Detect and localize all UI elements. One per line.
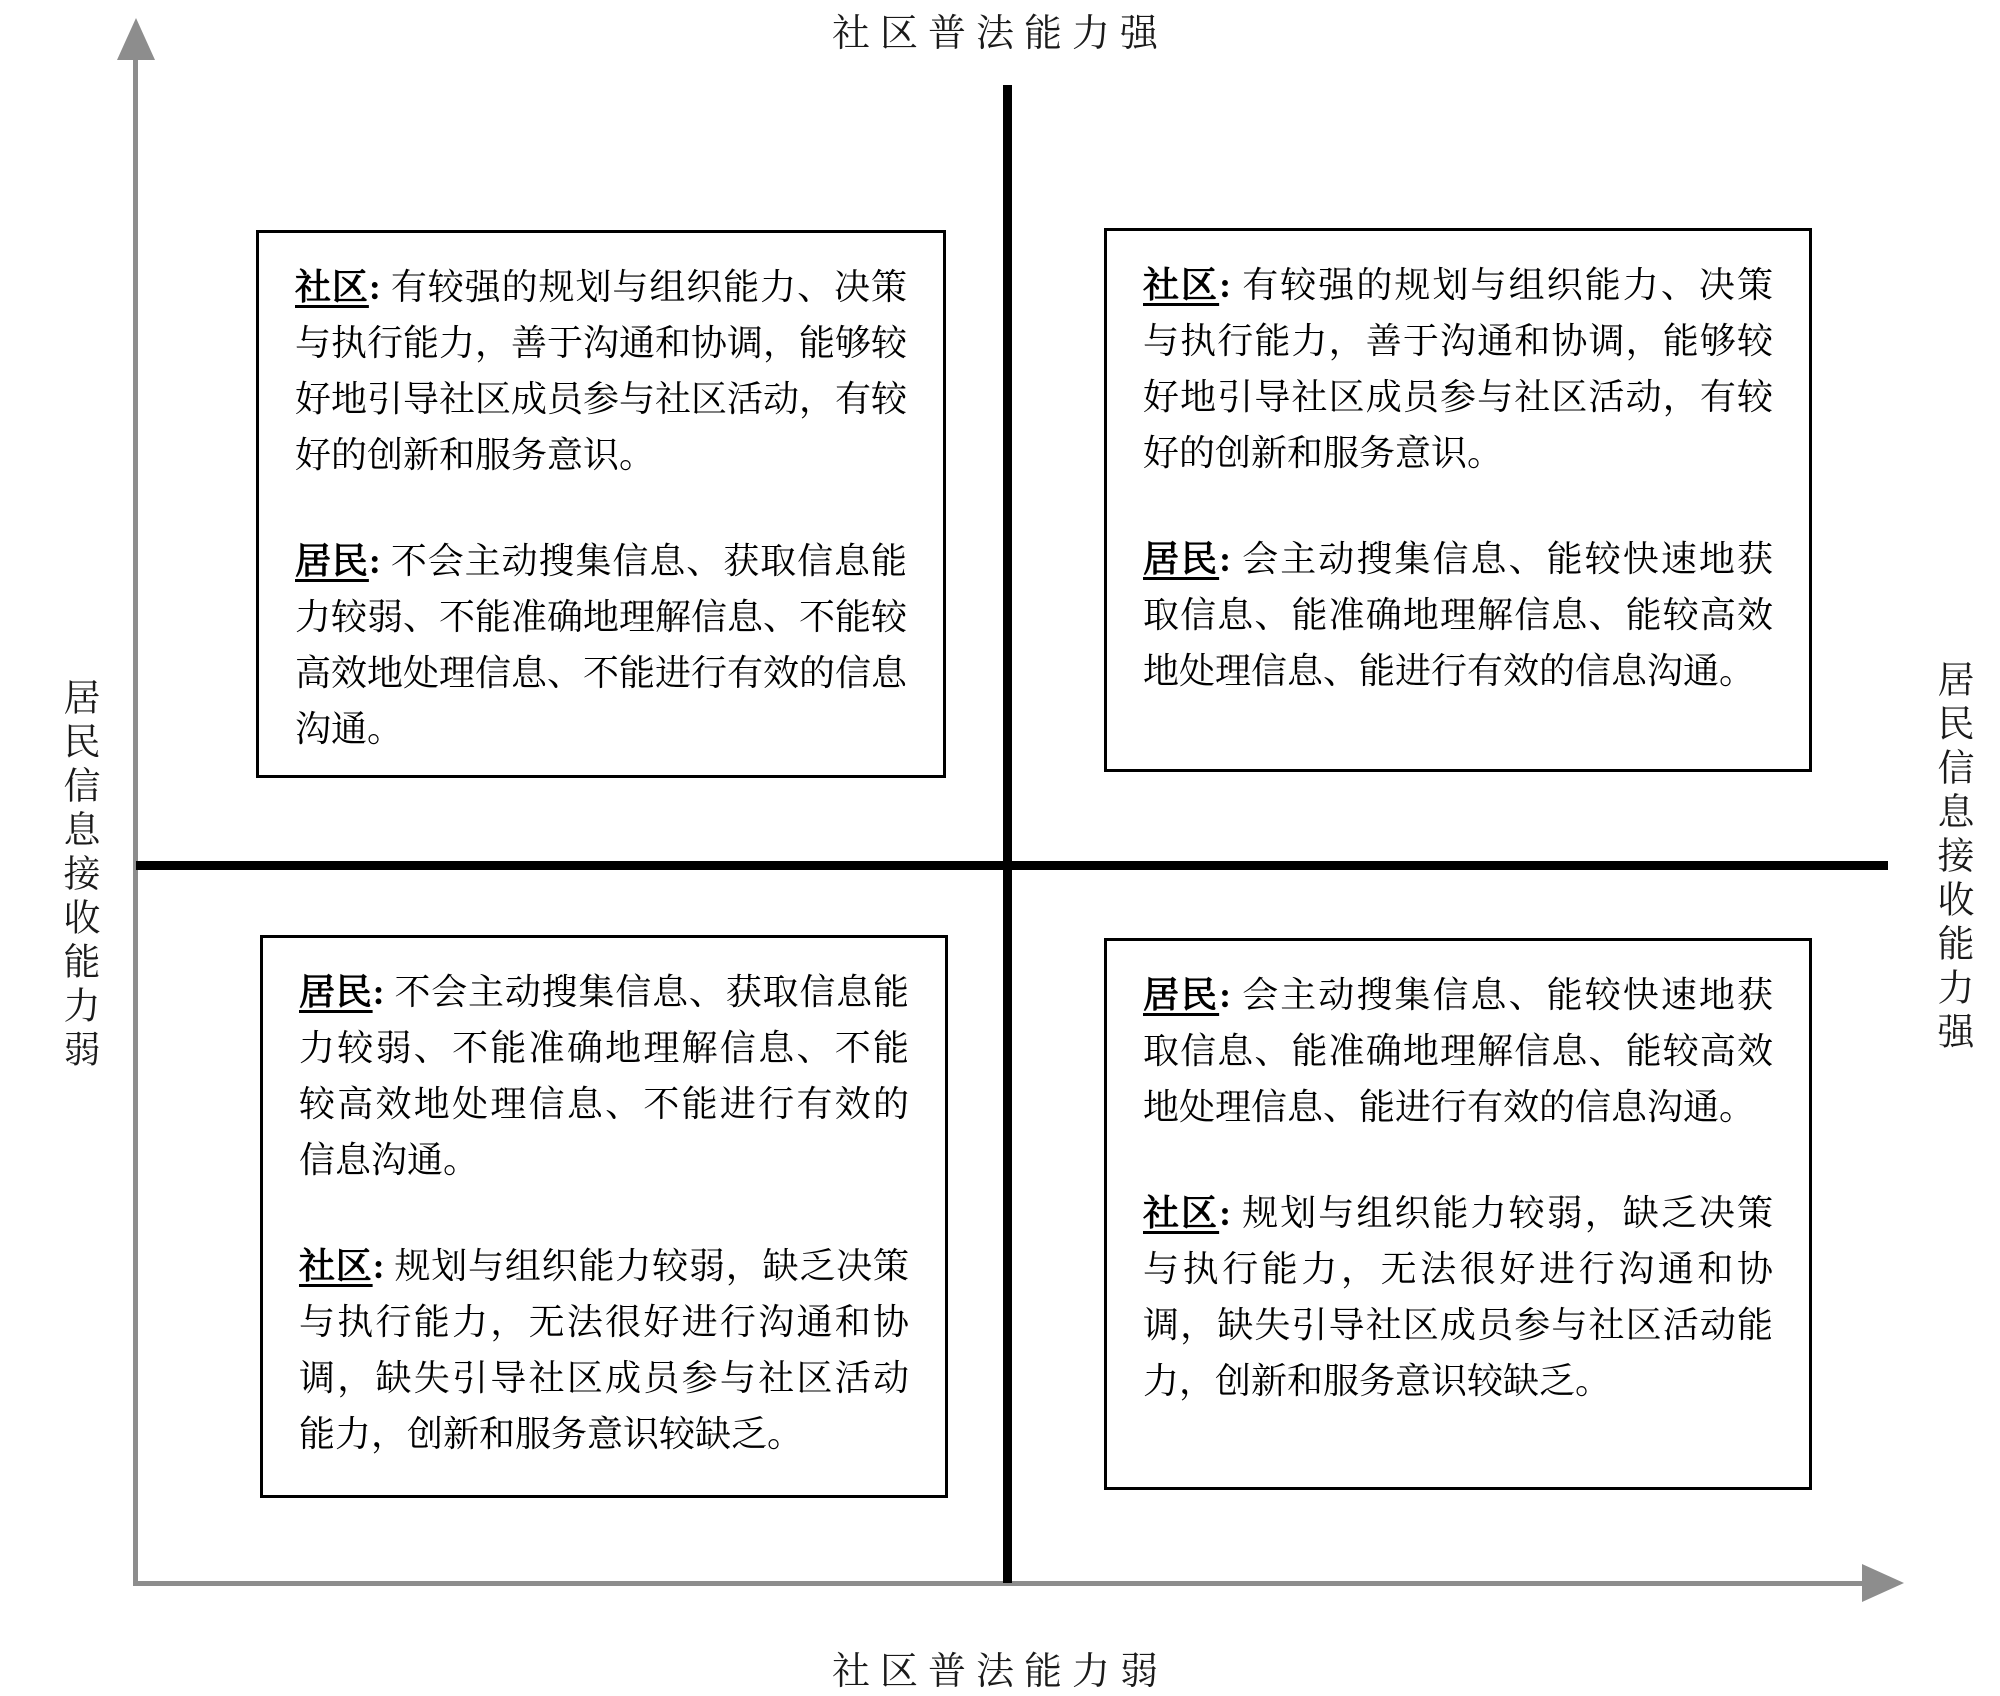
quadrant-top-right-box: 社区: 有较强的规划与组织能力、决策与执行能力，善于沟通和协调，能够较好地引导社… bbox=[1104, 228, 1812, 772]
paragraph-colon: : bbox=[373, 1246, 395, 1286]
paragraph-label: 居民 bbox=[295, 541, 369, 581]
paragraph-label: 居民 bbox=[299, 972, 373, 1012]
paragraph-community: 社区: 有较强的规划与组织能力、决策与执行能力，善于沟通和协调，能够较好地引导社… bbox=[1143, 257, 1773, 481]
paragraph-colon: : bbox=[369, 541, 391, 581]
axis-label-bottom: 社区普法能力弱 bbox=[0, 1640, 2000, 1695]
paragraph-community: 社区: 规划与组织能力较弱，缺乏决策与执行能力，无法很好进行沟通和协调，缺失引导… bbox=[1143, 1185, 1773, 1409]
axis-label-left: 居民信息接收能力弱 bbox=[50, 678, 104, 1074]
paragraph-colon: : bbox=[369, 267, 391, 307]
vertical-divider-line bbox=[1003, 85, 1012, 1583]
paragraph-colon: : bbox=[1219, 1193, 1242, 1233]
quadrant-bottom-right-box: 居民: 会主动搜集信息、能较快速地获取信息、能准确地理解信息、能较高效地处理信息… bbox=[1104, 938, 1812, 1490]
paragraph-label: 社区 bbox=[1143, 265, 1219, 305]
quadrant-bottom-left-box: 居民: 不会主动搜集信息、获取信息能力较弱、不能准确地理解信息、不能较高效地处理… bbox=[260, 935, 948, 1498]
paragraph-label: 社区 bbox=[1143, 1193, 1219, 1233]
paragraph-label: 社区 bbox=[295, 267, 369, 307]
paragraph-residents: 居民: 会主动搜集信息、能较快速地获取信息、能准确地理解信息、能较高效地处理信息… bbox=[1143, 967, 1773, 1135]
paragraph-colon: : bbox=[1219, 265, 1242, 305]
axis-label-top: 社区普法能力强 bbox=[0, 2, 2000, 57]
quadrant-diagram: 社区普法能力强 社区普法能力弱 居民信息接收能力弱 居民信息接收能力强 社区: … bbox=[0, 0, 2000, 1696]
paragraph-residents: 居民: 不会主动搜集信息、获取信息能力较弱、不能准确地理解信息、不能较高效地处理… bbox=[295, 533, 907, 757]
paragraph-community: 社区: 规划与组织能力较弱，缺乏决策与执行能力，无法很好进行沟通和协调，缺失引导… bbox=[299, 1238, 909, 1462]
paragraph-label: 居民 bbox=[1143, 539, 1219, 579]
axis-label-right: 居民信息接收能力强 bbox=[1924, 660, 1978, 1056]
paragraph-residents: 居民: 不会主动搜集信息、获取信息能力较弱、不能准确地理解信息、不能较高效地处理… bbox=[299, 964, 909, 1188]
x-axis-line bbox=[133, 1581, 1869, 1586]
paragraph-residents: 居民: 会主动搜集信息、能较快速地获取信息、能准确地理解信息、能较高效地处理信息… bbox=[1143, 531, 1773, 699]
paragraph-colon: : bbox=[1219, 975, 1242, 1015]
paragraph-colon: : bbox=[1219, 539, 1242, 579]
arrow-right-icon bbox=[1862, 1564, 1904, 1602]
paragraph-label: 居民 bbox=[1143, 975, 1219, 1015]
quadrant-top-left-box: 社区: 有较强的规划与组织能力、决策与执行能力，善于沟通和协调，能够较好地引导社… bbox=[256, 230, 946, 778]
horizontal-divider-line bbox=[136, 861, 1888, 870]
y-axis-line bbox=[133, 46, 138, 1586]
paragraph-label: 社区 bbox=[299, 1246, 373, 1286]
paragraph-colon: : bbox=[373, 972, 395, 1012]
paragraph-community: 社区: 有较强的规划与组织能力、决策与执行能力，善于沟通和协调，能够较好地引导社… bbox=[295, 259, 907, 483]
